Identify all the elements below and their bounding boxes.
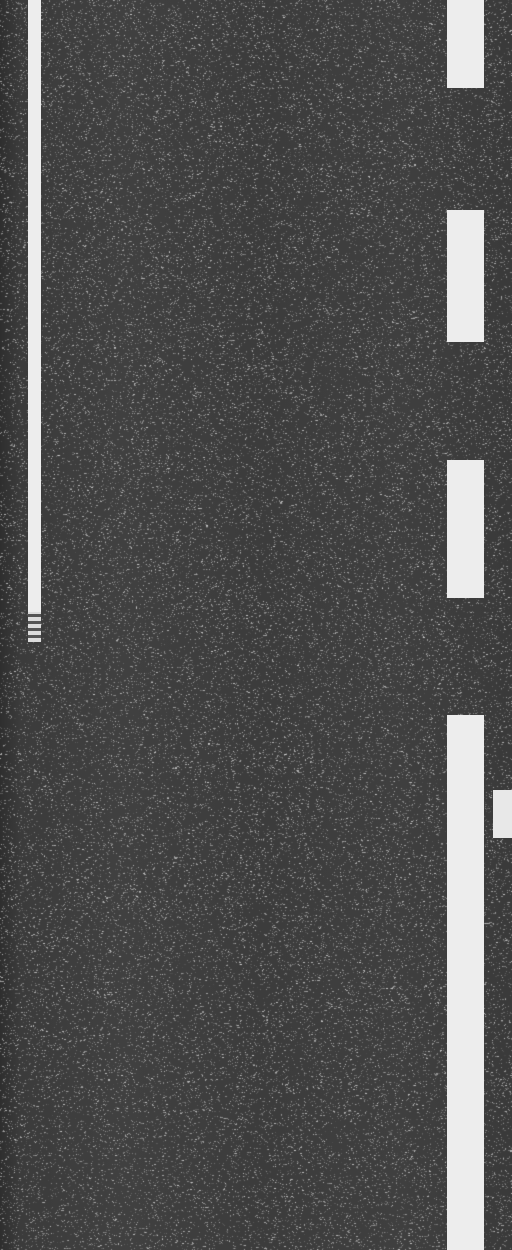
left-edge-line-worn-end [28,612,41,642]
lane-dash [447,460,484,598]
asphalt-texture [0,0,512,1250]
adjacent-marking [493,790,512,838]
road-surface [0,0,512,1250]
left-edge-line [28,0,41,612]
lane-dash [447,0,484,88]
lane-dash [447,210,484,342]
lane-dash [447,715,484,1250]
